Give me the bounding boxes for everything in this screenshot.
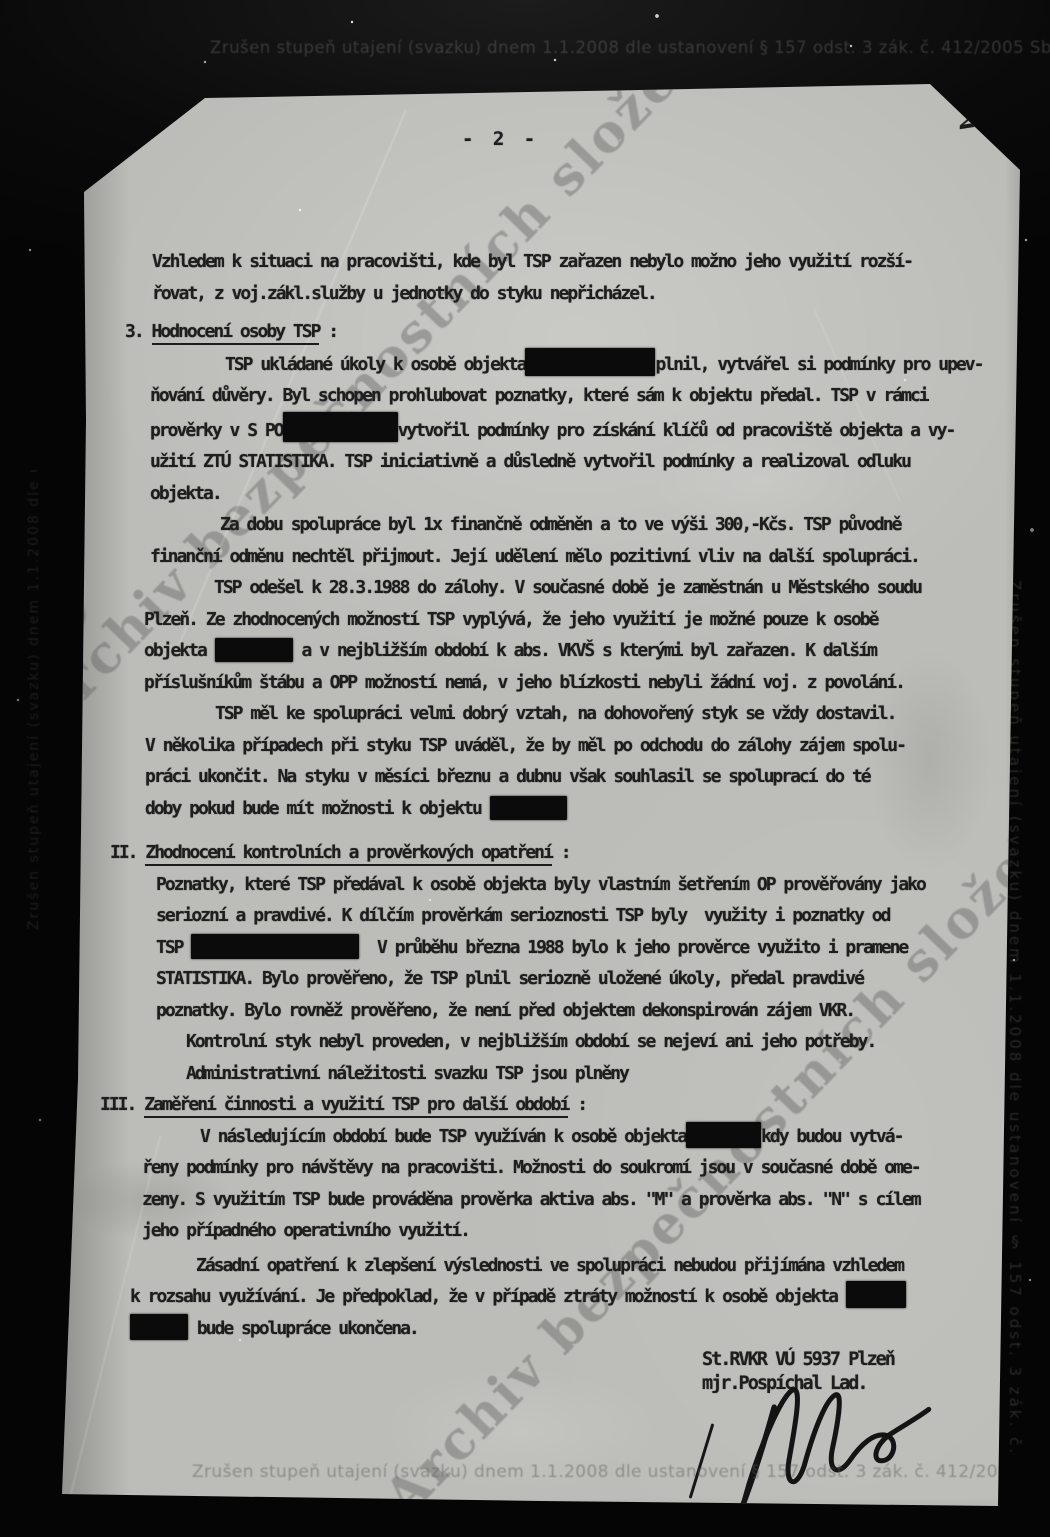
document-line: Administrativní náležitosti svazku TSP j… [186,1058,952,1090]
text-run: práci ukončit. Na styku v měsíci březnu … [145,766,870,787]
page-number: - 2 - [462,128,539,150]
text-run: zeny. S využitím TSP bude prováděna prov… [142,1189,920,1210]
document-line: TSP ukládané úkoly k osobě objektaplnil,… [150,348,952,381]
paragraph: Vzhledem k situaci na pracovišti, kde by… [152,246,952,309]
text-run: objekta. [150,483,221,504]
text-run: kdy budou vytvá- [761,1126,902,1147]
text-run: k rozsahu využívání. Je předpoklad, že v… [130,1286,846,1307]
section-heading: III. Zaměření činnosti a využití TSP pro… [100,1089,952,1121]
text-run: doby pokud bude mít možnosti k objektu [145,798,490,819]
text-run: Poznatky, které TSP předával k osobě obj… [156,874,925,895]
document-line: práci ukončit. Na styku v měsíci březnu … [145,761,952,793]
paragraph: TSP ukládané úkoly k osobě objektaplnil,… [150,348,952,510]
paragraph: V následujícím období bude TSP využíván … [142,1121,952,1247]
text-run: TSP [156,937,191,958]
text-run: Kontrolní styk nebyl proveden, v nejbliž… [186,1031,875,1052]
redaction-bar [215,638,293,662]
document-line: Plzeň. Ze zhodnocených možností TSP vypl… [144,604,952,636]
text-run: Plzeň. Ze zhodnocených možností TSP vypl… [144,609,877,630]
redaction-bar [686,1122,761,1148]
text-run: Vzhledem k situaci na pracovišti, kde by… [152,251,912,272]
heading-number: III. [100,1094,144,1115]
handwritten-signature [728,1368,942,1522]
document-page: Archiv bezpečnostních složek Archiv bezp… [0,0,1050,1537]
text-run: V několika případech při styku TSP uvádě… [145,735,905,756]
document-line: TSP měl ke spolupráci velmi dobrý vztah,… [145,698,952,730]
text-run: TSP ukládané úkoly k osobě objekta [225,354,525,375]
paragraph: Kontrolní styk nebyl proveden, v nejbliž… [186,1026,952,1089]
document-line: TSP odešel k 28.3.1988 do zálohy. V souč… [144,572,952,604]
text-run: bude spolupráce ukončena. [188,1318,418,1339]
redaction-bar [191,934,359,959]
paragraph: Za dobu spolupráce byl 1x finančně odměn… [150,509,952,572]
text-run: ňování důvěry. Byl schopen prohlubovat p… [150,385,928,406]
document-line: řeny podmínky pro návštěvy na pracovišti… [142,1152,952,1184]
redaction-bar [846,1281,906,1308]
text-run: V průběhu března 1988 bylo k jeho prověr… [359,937,907,958]
text-run: TSP měl ke spolupráci velmi dobrý vztah,… [215,703,895,724]
text-run: příslušníkům štábu a OPP možností nemá, … [144,672,904,693]
document-line: poznatky. Bylo rovněž prověřeno, že není… [156,995,952,1027]
document-line: STATISTIKA. Bylo prověřeno, že TSP plnil… [156,963,952,995]
document-line: Zásadní opatření k zlepšení výslednosti … [130,1250,952,1282]
text-run: jeho případného operativního využití. [142,1220,469,1241]
text-run: a v nejbližším období k abs. VKVŠ s kter… [293,640,876,661]
text-run: Za dobu spolupráce byl 1x finančně odměn… [220,514,900,535]
text-run: seriozní a pravdivé. K dílčím prověrkám … [156,905,889,926]
document-line: k rozsahu využívání. Je předpoklad, že v… [130,1281,952,1313]
text-run: Administrativní náležitosti svazku TSP j… [186,1063,628,1084]
text-run: užití ZTÚ STATISTIKA. TSP iniciativně a … [150,451,910,472]
text-run: objekta [144,640,215,661]
heading-label: Zhodnocení kontrolních a prověrkových op… [145,842,552,866]
text-run: plnil, vytvářel si podmínky pro upev- [655,354,982,375]
heading-suffix: : [319,321,337,342]
redaction-bar [490,796,567,820]
text-run: řeny podmínky pro návštěvy na pracovišti… [142,1157,920,1178]
heading-number: II. [110,842,145,863]
text-run: poznatky. Bylo rovněž prověřeno, že není… [156,1000,854,1021]
heading-number: 3. [125,321,152,342]
text-run: TSP odešel k 28.3.1988 do zálohy. V souč… [214,577,921,598]
text-run: Zásadní opatření k zlepšení výslednosti … [196,1255,903,1276]
document-line: V následujícím období bude TSP využíván … [142,1121,952,1153]
document-line: doby pokud bude mít možnosti k objektu [145,793,952,825]
redaction-bar [283,412,398,442]
text-run: řovat, z voj.zákl.služby u jednotky do s… [152,283,656,304]
document-line: bude spolupráce ukončena. [130,1313,952,1345]
heading-suffix: : [568,1094,586,1115]
section-heading: 3. Hodnocení osoby TSP : [125,316,952,348]
document-line: užití ZTÚ STATISTIKA. TSP iniciativně a … [150,446,952,478]
document-line: Kontrolní styk nebyl proveden, v nejbliž… [186,1026,952,1058]
document-line: Vzhledem k situaci na pracovišti, kde by… [152,246,952,278]
heading-label: Zaměření činnosti a využití TSP pro dalš… [144,1094,568,1118]
heading-suffix: : [552,842,570,863]
paragraph: Poznatky, které TSP předával k osobě obj… [156,869,952,1027]
redaction-bar [130,1314,188,1340]
text-run: prověrky v S PO [150,420,283,441]
document-line: Poznatky, které TSP předával k osobě obj… [156,869,952,901]
text-run: finanční odměnu nechtěl přijmout. Její u… [150,546,919,567]
paragraph: Zásadní opatření k zlepšení výslednosti … [130,1250,952,1345]
signature-unit-line: St.RVKR VÚ 5937 Plzeň [702,1348,894,1372]
document-line: ňování důvěry. Byl schopen prohlubovat p… [150,380,952,412]
heading-label: Hodnocení osoby TSP [152,321,320,345]
redaction-bar [525,348,655,376]
declassification-notice-top: Zrušen stupeň utajení (svazku) dnem 1.1.… [210,38,970,57]
document-line: příslušníkům štábu a OPP možností nemá, … [144,667,952,699]
paragraph: TSP měl ke spolupráci velmi dobrý vztah,… [145,698,952,824]
declassification-notice-bottom: Zrušen stupeň utajení (svazku) dnem 1.1.… [192,1462,892,1482]
document-line: Za dobu spolupráce byl 1x finančně odměn… [150,509,952,541]
paragraph: TSP odešel k 28.3.1988 do zálohy. V souč… [144,572,952,698]
document-line: prověrky v S POvytvořil podmínky pro zís… [150,412,952,447]
pen-stroke-mark [689,1423,715,1498]
document-line: objekta a v nejbližším období k abs. VKV… [144,635,952,667]
document-line: řovat, z voj.zákl.služby u jednotky do s… [152,278,952,310]
section-heading: II. Zhodnocení kontrolních a prověrkovýc… [110,837,952,869]
document-line: objekta. [150,478,952,510]
document-line: zeny. S využitím TSP bude prováděna prov… [142,1184,952,1216]
document-line: jeho případného operativního využití. [142,1215,952,1247]
text-run: vytvořil podmínky pro získání klíčů od p… [398,420,955,441]
document-body: Vzhledem k situaci na pracovišti, kde by… [150,246,952,1344]
document-line: seriozní a pravdivé. K dílčím prověrkám … [156,900,952,932]
text-run: STATISTIKA. Bylo prověřeno, že TSP plnil… [156,968,863,989]
document-line: V několika případech při styku TSP uvádě… [145,730,952,762]
document-line: TSP V průběhu března 1988 bylo k jeho pr… [156,932,952,964]
document-line: finanční odměnu nechtěl přijmout. Její u… [150,541,952,573]
text-run: V následujícím období bude TSP využíván … [200,1126,686,1147]
